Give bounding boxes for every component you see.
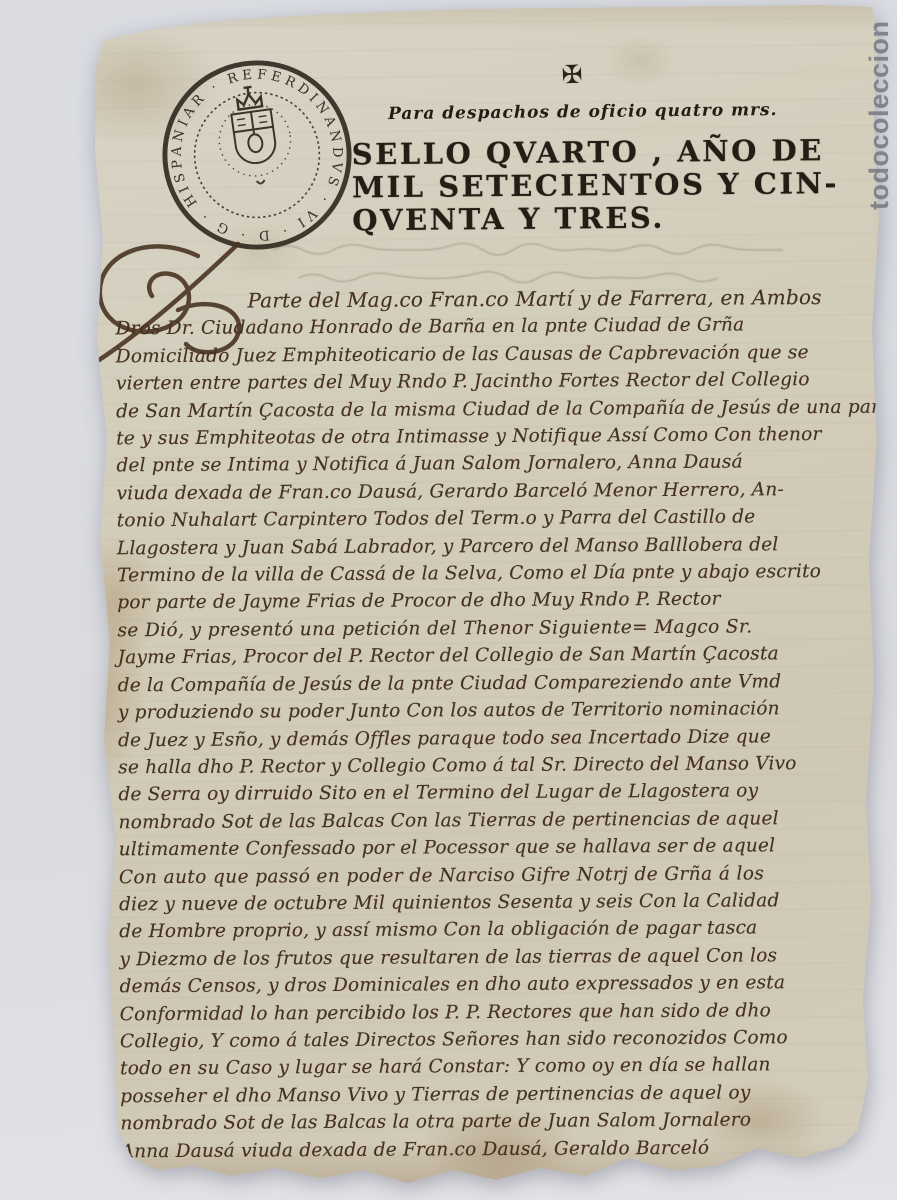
manuscript-line: todo en su Caso y lugar se hará Constar:… [120,1051,876,1083]
cross-icon: ✠ [552,59,593,89]
manuscript-paper: FERDINANDVS · VI · D · G · HISPANIAR · R… [0,0,897,1200]
manuscript-line: y produziendo su poder Junto Con los aut… [118,695,874,727]
manuscript-line: Parte del Mag.co Fran.co Martí y de Farr… [115,284,871,316]
manuscript-line: te y sus Emphiteotas de otra Intimasse y… [116,421,872,453]
photo-background: FERDINANDVS · VI · D · G · HISPANIAR · R… [0,0,897,1200]
royal-seal-stamp: FERDINANDVS · VI · D · G · HISPANIAR · R… [158,56,356,254]
sello-heading-line: QVENTA Y TRES. [352,200,884,238]
manuscript-line: se halla dho P. Rector y Collegio Como á… [118,750,874,782]
manuscript-line: Termino de la villa de Cassá de la Selva… [117,558,873,590]
manuscript-line: Anna Dausá viuda dexada de Fran.co Dausá… [121,1133,877,1165]
manuscript-line: Jayme Frias, Procor del P. Rector del Co… [118,640,874,672]
manuscript-line: diez y nueve de octubre Mil quinientos S… [119,887,875,919]
sello-heading: SELLO QVARTO , AÑO DEMIL SETECIENTOS Y C… [352,134,885,238]
coat-of-arms [231,109,277,165]
sello-heading-line: MIL SETECIENTOS Y CIN- [352,167,884,205]
manuscript-line: viuda dexada de Fran.co Dausá, Gerardo B… [117,476,873,508]
manuscript-body: Parte del Mag.co Fran.co Martí y de Farr… [115,284,876,1166]
paper-wrapper: FERDINANDVS · VI · D · G · HISPANIAR · R… [0,0,897,1200]
crown-icon [236,86,262,110]
watermark-todocoleccion: todocoleccion [864,10,896,210]
manuscript-line: demás Censos, y dros Dominicales en dho … [120,969,876,1001]
manuscript-line: vierten entre partes del Muy Rndo P. Jac… [116,366,872,398]
tax-fee-line: Para despachos de oficio quatro mrs. [388,100,788,124]
manuscript-line: ultimamente Confessado por el Pocessor q… [119,832,875,864]
